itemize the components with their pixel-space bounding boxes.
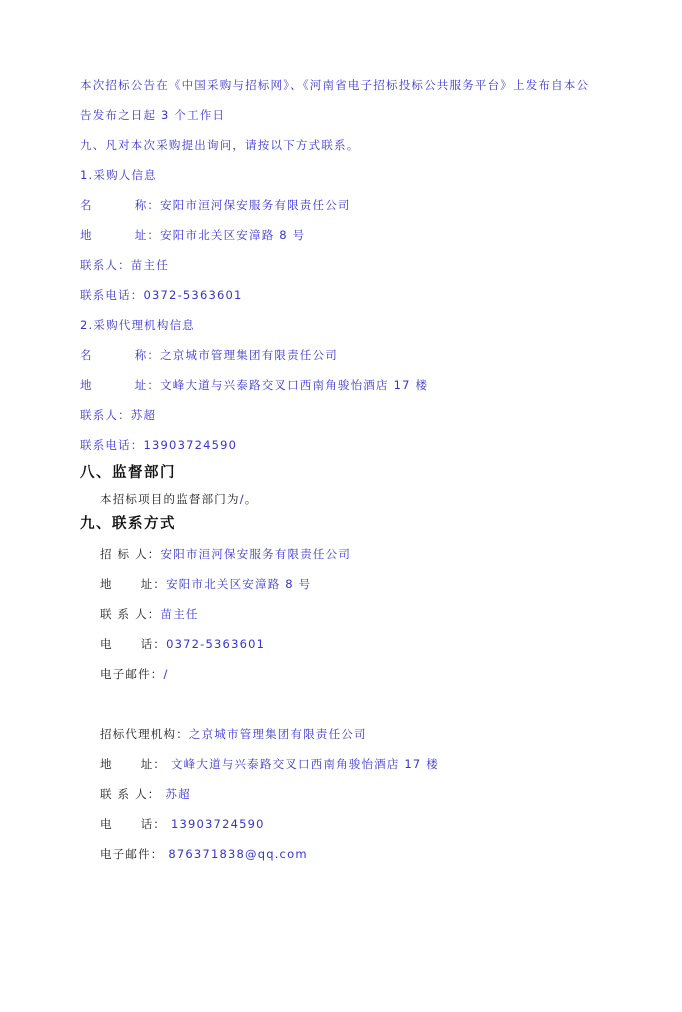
agency-address-label-a: 地: [80, 378, 93, 392]
purchaser-address-value: 安阳市北关区安漳路 8 号: [160, 228, 305, 242]
contact-agency-value: 之京城市管理集团有限责任公司: [189, 727, 367, 741]
agency-name-value: 之京城市管理集团有限责任公司: [160, 348, 338, 362]
tenderer-address-row: 地址：安阳市北关区安漳路 8 号: [100, 576, 311, 592]
contact-agency-row: 招标代理机构：之京城市管理集团有限责任公司: [100, 726, 367, 742]
contact-agency-contact-row: 联 系 人： 苏超: [100, 786, 191, 802]
supervision-heading: 八、监督部门: [80, 464, 176, 482]
contact-agency-phone-label-a: 电: [100, 817, 113, 831]
contact-agency-address-row: 地址： 文峰大道与兴泰路交叉口西南角骏怡酒店 17 楼: [100, 756, 439, 772]
agency-name-label-b: 称：: [135, 348, 160, 362]
tenderer-phone-label-b: 话：: [141, 637, 166, 651]
tenderer-contact-value: 苗主任: [161, 607, 199, 621]
agency-phone: 联系电话：13903724590: [80, 437, 237, 453]
tenderer-label: 招 标 人：: [100, 547, 161, 561]
agency-heading: 2.采购代理机构信息: [80, 317, 195, 333]
purchaser-name-row: 名称：安阳市洹河保安服务有限责任公司: [80, 197, 351, 213]
tenderer-email-label: 电子邮件：: [100, 667, 164, 681]
contact-methods-heading: 九、联系方式: [80, 515, 176, 533]
tenderer-email-row: 电子邮件：/: [100, 666, 169, 682]
agency-name-row: 名称：之京城市管理集团有限责任公司: [80, 347, 338, 363]
tenderer-row: 招 标 人：安阳市洹河保安服务有限责任公司: [100, 546, 351, 562]
tenderer-address-label-b: 址：: [141, 577, 166, 591]
contact-agency-email-label: 电子邮件：: [100, 847, 164, 861]
agency-contact: 联系人：苏超: [80, 407, 156, 423]
agency-address-value: 文峰大道与兴泰路交叉口西南角骏怡酒店 17 楼: [160, 378, 428, 392]
contact-agency-address-value: 文峰大道与兴泰路交叉口西南角骏怡酒店 17 楼: [166, 757, 439, 771]
contact-agency-address-label-b: 址：: [141, 757, 166, 771]
inquiry-title: 九、凡对本次采购提出询问，请按以下方式联系。: [80, 137, 359, 153]
contact-agency-address-label-a: 地: [100, 757, 113, 771]
purchaser-address-label-a: 地: [80, 228, 93, 242]
purchaser-address-row: 地址：安阳市北关区安漳路 8 号: [80, 227, 305, 243]
tenderer-phone-label-a: 电: [100, 637, 113, 651]
supervision-text-prefix: 本招标项目的监督部门为: [100, 492, 240, 506]
tenderer-email-value: /: [164, 667, 169, 681]
agency-address-row: 地址：文峰大道与兴泰路交叉口西南角骏怡酒店 17 楼: [80, 377, 428, 393]
agency-address-label-b: 址：: [135, 378, 160, 392]
tenderer-phone-value: 0372-5363601: [166, 637, 265, 651]
tenderer-contact-label: 联 系 人：: [100, 607, 161, 621]
document-page: 本次招标公告在《中国采购与招标网》、《河南省电子招标投标公共服务平台》上发布自本…: [0, 0, 682, 1012]
agency-name-label-a: 名: [80, 348, 93, 362]
contact-agency-phone-value: 13903724590: [166, 817, 265, 831]
intro-line-1: 本次招标公告在《中国采购与招标网》、《河南省电子招标投标公共服务平台》上发布自本…: [80, 77, 589, 93]
contact-agency-email-row: 电子邮件： 876371838@qq.com: [100, 846, 308, 862]
tenderer-contact-row: 联 系 人：苗主任: [100, 606, 199, 622]
purchaser-contact: 联系人：苗主任: [80, 257, 169, 273]
purchaser-name-label-b: 称：: [135, 198, 160, 212]
contact-agency-contact-value: 苏超: [161, 787, 191, 801]
tenderer-value: 安阳市洹河保安服务有限责任公司: [161, 547, 352, 561]
contact-agency-phone-label-b: 话：: [141, 817, 166, 831]
tenderer-address-label-a: 地: [100, 577, 113, 591]
contact-agency-label: 招标代理机构：: [100, 727, 189, 741]
contact-agency-email-value: 876371838@qq.com: [164, 847, 308, 861]
contact-agency-phone-row: 电话： 13903724590: [100, 816, 265, 832]
purchaser-heading: 1.采购人信息: [80, 167, 157, 183]
purchaser-name-label-a: 名: [80, 198, 93, 212]
tenderer-phone-row: 电话：0372-5363601: [100, 636, 265, 652]
purchaser-name-value: 安阳市洹河保安服务有限责任公司: [160, 198, 351, 212]
purchaser-address-label-b: 址：: [135, 228, 160, 242]
contact-agency-contact-label: 联 系 人：: [100, 787, 161, 801]
supervision-text-suffix: 。: [245, 492, 258, 506]
supervision-text: 本招标项目的监督部门为/。: [100, 491, 257, 507]
intro-line-2: 告发布之日起 3 个工作日: [80, 107, 225, 123]
purchaser-phone: 联系电话：0372-5363601: [80, 287, 243, 303]
tenderer-address-value: 安阳市北关区安漳路 8 号: [166, 577, 311, 591]
